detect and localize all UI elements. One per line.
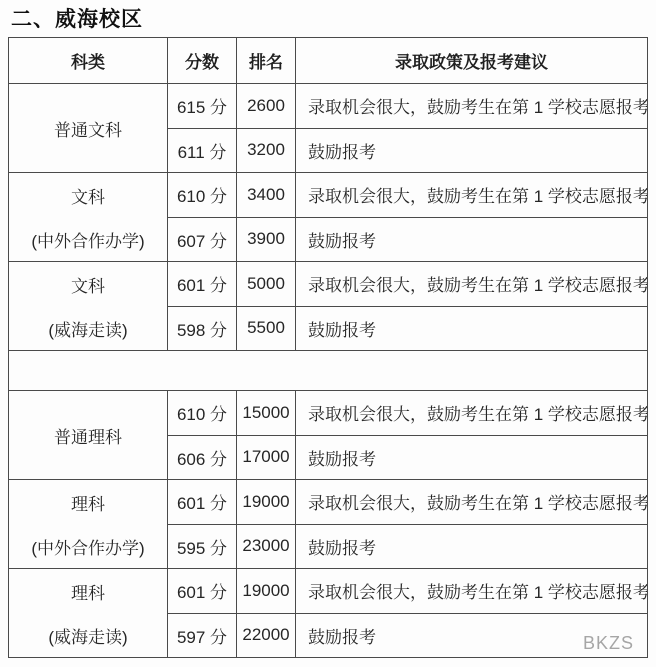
category-label: 普通理科 [9, 391, 167, 479]
category-cell: 理科 (中外合作办学) [9, 480, 168, 569]
rank-cell: 3200 [237, 128, 296, 173]
admission-score-table: 科类 分数 排名 录取政策及报考建议 普通文科 615 分 2600 录取机会很… [8, 37, 648, 658]
rank-cell: 15000 [237, 391, 296, 436]
advice-cell: 录取机会很大，鼓励考生在第 1 学校志愿报考 [296, 173, 648, 218]
score-cell: 601 分 [168, 480, 237, 525]
category-label: 理科 [9, 480, 167, 524]
score-cell: 606 分 [168, 435, 237, 480]
rank-cell: 2600 [237, 84, 296, 129]
separator-row [9, 351, 648, 391]
header-score: 分数 [168, 38, 237, 84]
table-row: 普通理科 610 分 15000 录取机会很大，鼓励考生在第 1 学校志愿报考 [9, 391, 648, 436]
advice-cell: 鼓励报考 [296, 217, 648, 262]
rank-cell: 3400 [237, 173, 296, 218]
page-title: 二、威海校区 [11, 3, 143, 33]
category-label: 文科 [9, 173, 167, 217]
category-cell: 文科 (威海走读) [9, 262, 168, 351]
score-cell: 615 分 [168, 84, 237, 129]
separator-cell [9, 351, 648, 391]
category-sublabel: (威海走读) [9, 613, 167, 657]
rank-cell: 19000 [237, 480, 296, 525]
table-header-row: 科类 分数 排名 录取政策及报考建议 [9, 38, 648, 84]
rank-cell: 22000 [237, 613, 296, 658]
table-row: 理科 (中外合作办学) 601 分 19000 录取机会很大，鼓励考生在第 1 … [9, 480, 648, 525]
table-row: 文科 (中外合作办学) 610 分 3400 录取机会很大，鼓励考生在第 1 学… [9, 173, 648, 218]
score-cell: 610 分 [168, 391, 237, 436]
rank-cell: 3900 [237, 217, 296, 262]
category-sublabel: (中外合作办学) [9, 217, 167, 261]
category-sublabel: (中外合作办学) [9, 524, 167, 568]
advice-cell: 录取机会很大，鼓励考生在第 1 学校志愿报考 [296, 262, 648, 307]
rank-cell: 17000 [237, 435, 296, 480]
score-cell: 601 分 [168, 569, 237, 614]
category-label: 理科 [9, 569, 167, 613]
table-row: 理科 (威海走读) 601 分 19000 录取机会很大，鼓励考生在第 1 学校… [9, 569, 648, 614]
category-cell: 普通理科 [9, 391, 168, 480]
advice-cell: 鼓励报考 [296, 128, 648, 173]
watermark: BKZS [583, 633, 634, 654]
category-sublabel: (威海走读) [9, 306, 167, 350]
category-cell: 普通文科 [9, 84, 168, 173]
advice-cell: 鼓励报考 [296, 306, 648, 351]
rank-cell: 5500 [237, 306, 296, 351]
table-row: 普通文科 615 分 2600 录取机会很大，鼓励考生在第 1 学校志愿报考 [9, 84, 648, 129]
advice-cell: 鼓励报考 [296, 524, 648, 569]
category-cell: 文科 (中外合作办学) [9, 173, 168, 262]
category-label: 普通文科 [9, 84, 167, 172]
header-category: 科类 [9, 38, 168, 84]
table-row: 文科 (威海走读) 601 分 5000 录取机会很大，鼓励考生在第 1 学校志… [9, 262, 648, 307]
score-cell: 597 分 [168, 613, 237, 658]
advice-cell: 录取机会很大，鼓励考生在第 1 学校志愿报考 [296, 391, 648, 436]
rank-cell: 19000 [237, 569, 296, 614]
advice-cell: 录取机会很大，鼓励考生在第 1 学校志愿报考 [296, 480, 648, 525]
advice-cell: 录取机会很大，鼓励考生在第 1 学校志愿报考 [296, 569, 648, 614]
score-cell: 598 分 [168, 306, 237, 351]
score-cell: 607 分 [168, 217, 237, 262]
advice-cell: 鼓励报考 [296, 435, 648, 480]
score-cell: 601 分 [168, 262, 237, 307]
category-label: 文科 [9, 262, 167, 306]
rank-cell: 23000 [237, 524, 296, 569]
score-cell: 595 分 [168, 524, 237, 569]
header-advice: 录取政策及报考建议 [296, 38, 648, 84]
score-cell: 611 分 [168, 128, 237, 173]
advice-cell: 录取机会很大，鼓励考生在第 1 学校志愿报考 [296, 84, 648, 129]
rank-cell: 5000 [237, 262, 296, 307]
header-rank: 排名 [237, 38, 296, 84]
score-cell: 610 分 [168, 173, 237, 218]
category-cell: 理科 (威海走读) [9, 569, 168, 658]
page: 二、威海校区 科类 分数 排名 录取政策及报考建议 普通文科 615 分 260… [0, 0, 656, 667]
